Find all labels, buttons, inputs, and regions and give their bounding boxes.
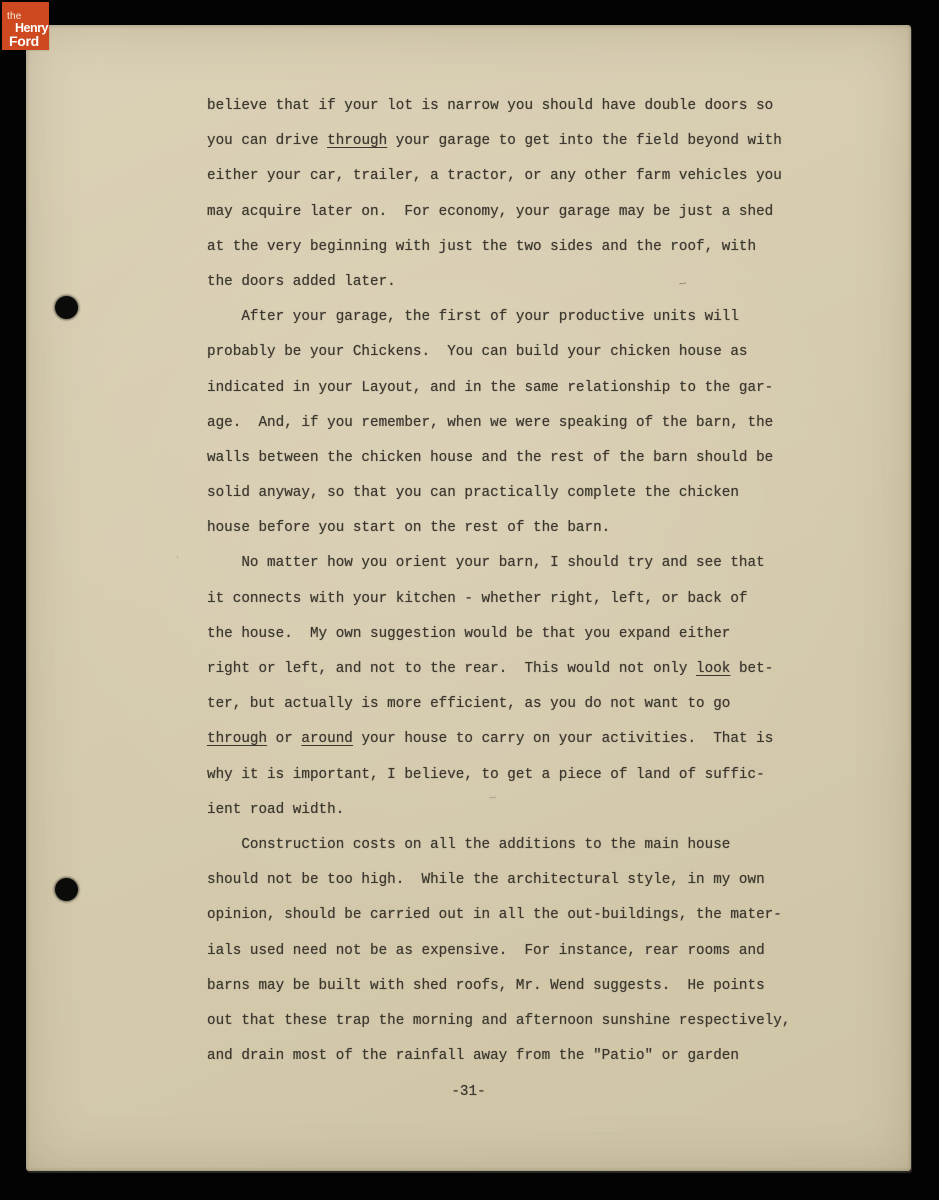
text-segment: at the very beginning with just the two …	[207, 239, 756, 255]
text-line: ient road width.	[207, 793, 847, 828]
text-line: and drain most of the rainfall away from…	[207, 1039, 847, 1074]
text-segment: After your garage, the first of your pro…	[207, 309, 739, 325]
paragraph: After your garage, the first of your pro…	[207, 300, 847, 546]
text-line: walls between the chicken house and the …	[207, 441, 847, 476]
text-line: house before you start on the rest of th…	[207, 511, 847, 546]
text-line: should not be too high. While the archit…	[207, 863, 847, 898]
text-segment: either your car, trailer, a tractor, or …	[207, 168, 782, 184]
text-segment: the doors added later.	[207, 274, 396, 290]
text-segment: you can drive	[207, 133, 327, 149]
text-segment: right or left, and not to the rear. This…	[207, 661, 696, 677]
document-scan: believe that if your lot is narrow you s…	[0, 0, 939, 1200]
text-segment: believe that if your lot is narrow you s…	[207, 98, 773, 114]
hole-punch-bottom	[55, 878, 78, 901]
text-line: solid anyway, so that you can practicall…	[207, 476, 847, 511]
text-line: either your car, trailer, a tractor, or …	[207, 159, 847, 194]
text-segment: and drain most of the rainfall away from…	[207, 1048, 739, 1064]
text-line: opinion, should be carried out in all th…	[207, 898, 847, 933]
text-line: indicated in your Layout, and in the sam…	[207, 371, 847, 406]
text-segment: may acquire later on. For economy, your …	[207, 204, 773, 220]
text-line: believe that if your lot is narrow you s…	[207, 89, 847, 124]
paragraph: Construction costs on all the additions …	[207, 828, 847, 1074]
page-number: -31-	[26, 1075, 911, 1110]
text-segment: out that these trap the morning and afte…	[207, 1013, 790, 1029]
text-segment: it connects with your kitchen - whether …	[207, 591, 748, 607]
henry-ford-logo: the Henry Ford	[2, 2, 49, 50]
text-segment: Construction costs on all the additions …	[207, 837, 730, 853]
text-segment: ter, but actually is more efficient, as …	[207, 696, 730, 712]
text-line: probably be your Chickens. You can build…	[207, 335, 847, 370]
paragraph: believe that if your lot is narrow you s…	[207, 89, 847, 300]
text-line: may acquire later on. For economy, your …	[207, 195, 847, 230]
text-segment: ient road width.	[207, 802, 344, 818]
text-segment: or	[267, 731, 301, 747]
text-line: barns may be built with shed roofs, Mr. …	[207, 969, 847, 1004]
underlined-word: around	[301, 731, 352, 747]
text-line: out that these trap the morning and afte…	[207, 1004, 847, 1039]
hole-punch-top	[55, 296, 78, 319]
paper-page: believe that if your lot is narrow you s…	[26, 25, 911, 1171]
text-line: age. And, if you remember, when we were …	[207, 406, 847, 441]
text-segment: solid anyway, so that you can practicall…	[207, 485, 739, 501]
typewritten-text: believe that if your lot is narrow you s…	[207, 89, 847, 1074]
underlined-word: through	[327, 133, 387, 149]
text-segment: opinion, should be carried out in all th…	[207, 907, 782, 923]
underlined-word: through	[207, 731, 267, 747]
paragraph: No matter how you orient your barn, I sh…	[207, 546, 847, 828]
text-line: through or around your house to carry on…	[207, 722, 847, 757]
text-segment: ials used need not be as expensive. For …	[207, 943, 765, 959]
text-segment: No matter how you orient your barn, I sh…	[207, 555, 765, 571]
text-line: the doors added later.	[207, 265, 847, 300]
text-segment: your house to carry on your activities. …	[353, 731, 773, 747]
text-line: why it is important, I believe, to get a…	[207, 758, 847, 793]
text-segment: your garage to get into the field beyond…	[387, 133, 782, 149]
text-line: ter, but actually is more efficient, as …	[207, 687, 847, 722]
underlined-word: look	[696, 661, 730, 677]
text-segment: should not be too high. While the archit…	[207, 872, 765, 888]
text-line: at the very beginning with just the two …	[207, 230, 847, 265]
text-segment: the house. My own suggestion would be th…	[207, 626, 730, 642]
text-line: the house. My own suggestion would be th…	[207, 617, 847, 652]
text-segment: bet-	[730, 661, 773, 677]
text-segment: barns may be built with shed roofs, Mr. …	[207, 978, 765, 994]
text-segment: probably be your Chickens. You can build…	[207, 344, 748, 360]
text-segment: house before you start on the rest of th…	[207, 520, 610, 536]
text-line: it connects with your kitchen - whether …	[207, 582, 847, 617]
text-segment: indicated in your Layout, and in the sam…	[207, 380, 773, 396]
text-line: After your garage, the first of your pro…	[207, 300, 847, 335]
text-segment: age. And, if you remember, when we were …	[207, 415, 773, 431]
text-segment: walls between the chicken house and the …	[207, 450, 773, 466]
pencil-mark: ·	[176, 553, 179, 563]
text-line: Construction costs on all the additions …	[207, 828, 847, 863]
text-line: right or left, and not to the rear. This…	[207, 652, 847, 687]
logo-text-ford: Ford	[9, 33, 39, 49]
text-line: you can drive through your garage to get…	[207, 124, 847, 159]
text-segment: why it is important, I believe, to get a…	[207, 767, 765, 783]
text-line: ials used need not be as expensive. For …	[207, 934, 847, 969]
text-line: No matter how you orient your barn, I sh…	[207, 546, 847, 581]
